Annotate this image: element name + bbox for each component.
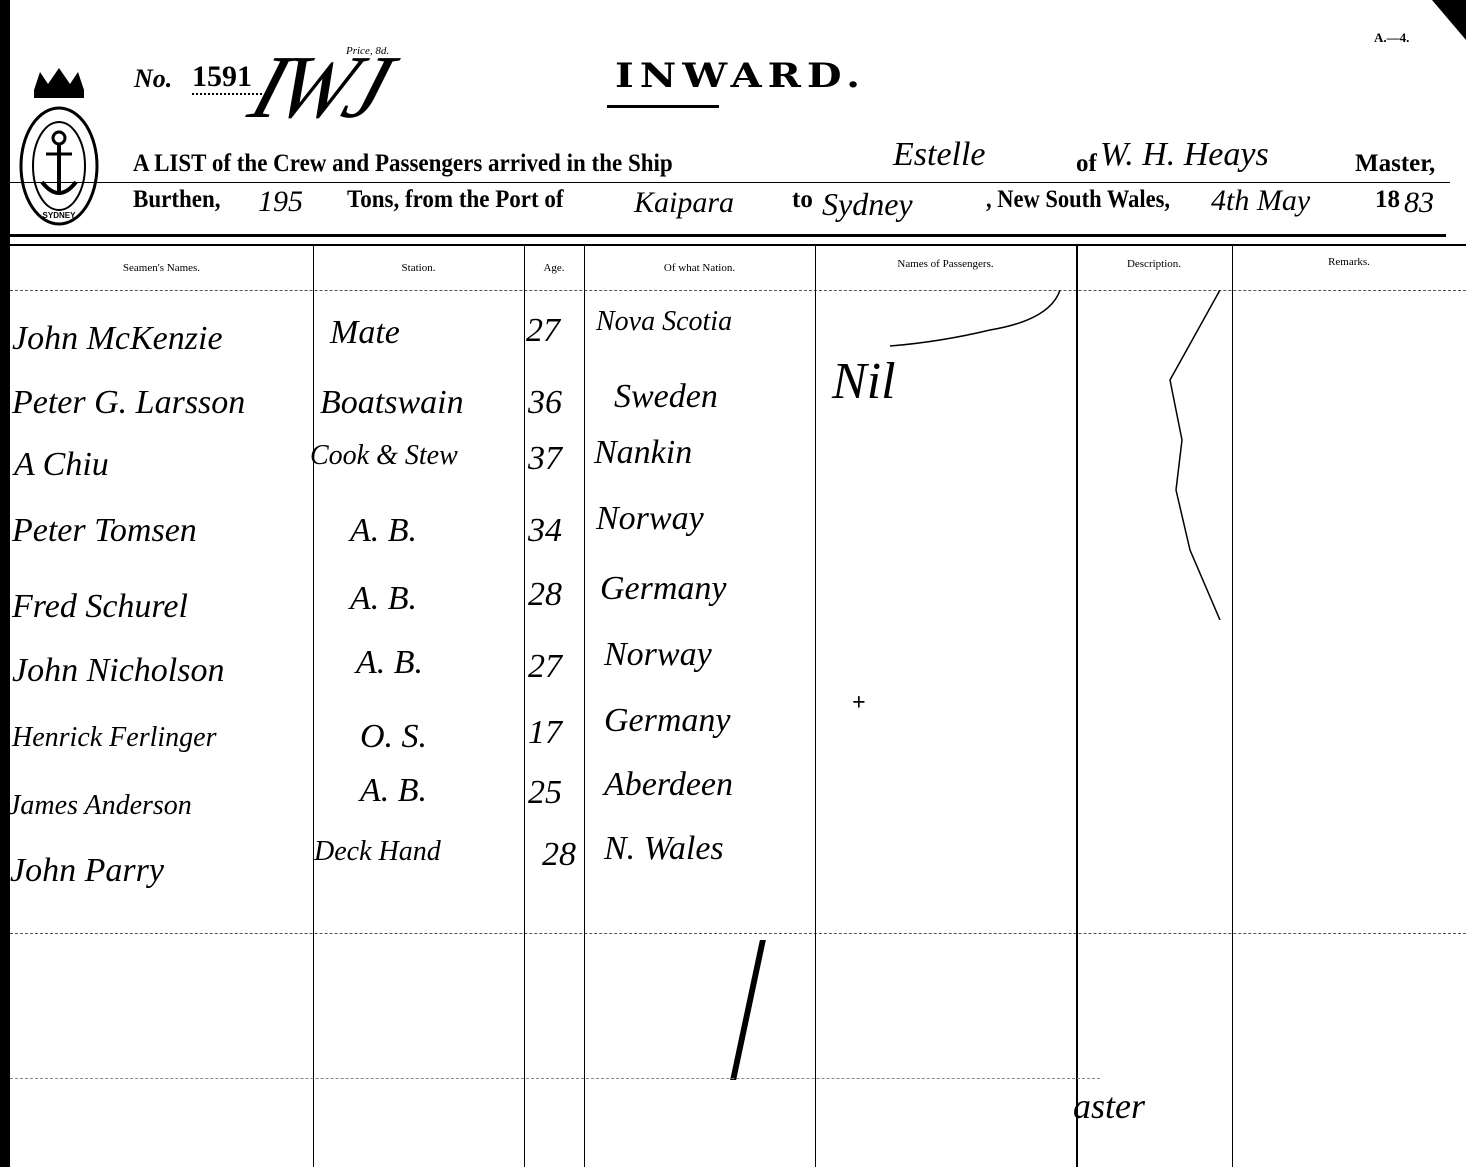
nation: Germany <box>604 702 731 740</box>
svg-text:SYDNEY: SYDNEY <box>43 211 77 220</box>
to-label: to <box>792 186 813 214</box>
pencil-stroke-mark <box>1160 290 1240 620</box>
master-signature-fragment: aster <box>1073 1085 1145 1127</box>
seaman-name: Henrick Ferlinger <box>12 722 217 754</box>
age: 36 <box>528 384 562 422</box>
column-header-age: Age. <box>524 262 584 274</box>
nation: Norway <box>596 500 704 538</box>
plus-mark: + <box>852 690 866 717</box>
nsw-label: , New South Wales, <box>986 186 1170 214</box>
station: A. B. <box>356 644 423 682</box>
number-label: No. <box>134 64 172 94</box>
year-prefix: 18 <box>1375 186 1400 214</box>
ship-name: Estelle <box>893 136 986 174</box>
arrival-date: 4th May <box>1211 184 1310 218</box>
nation: Nova Scotia <box>596 306 732 338</box>
age: 37 <box>528 440 562 478</box>
seaman-name: Fred Schurel <box>12 588 188 626</box>
seaman-name: Peter G. Larsson <box>12 384 245 422</box>
age: 28 <box>542 836 576 874</box>
passenger-ditto-stroke <box>820 290 1070 350</box>
title-underline <box>607 105 719 108</box>
document-number: 1591 <box>192 60 252 94</box>
header-bottom-rule <box>10 234 1446 237</box>
seaman-name: John Nicholson <box>12 652 224 690</box>
table-bottom-rule <box>10 933 1466 934</box>
to-port: Sydney <box>822 186 913 223</box>
seaman-name: John Parry <box>10 852 164 890</box>
passengers-nil-entry: Nil <box>832 352 896 411</box>
station: A. B. <box>360 772 427 810</box>
large-pen-stroke <box>730 940 766 1080</box>
age: 25 <box>528 774 562 812</box>
column-header-description: Description. <box>1076 258 1232 270</box>
seaman-name: Peter Tomsen <box>12 512 197 550</box>
column-header-station: Station. <box>313 262 524 274</box>
nation: Aberdeen <box>604 766 733 804</box>
page-title: INWARD. <box>615 56 866 96</box>
age: 17 <box>528 714 562 752</box>
column-header-remarks: Remarks. <box>1232 256 1466 268</box>
station: A. B. <box>350 512 417 550</box>
tons-value: 195 <box>258 185 303 219</box>
master-name: W. H. Heays <box>1100 136 1269 174</box>
nation: Germany <box>600 570 727 608</box>
scan-left-edge <box>0 0 10 1167</box>
scan-corner <box>1432 0 1466 40</box>
year-suffix: 83 <box>1404 186 1434 220</box>
table-header-rule <box>10 290 1466 291</box>
column-header-nation: Of what Nation. <box>584 262 815 274</box>
line1-rule <box>10 182 1450 183</box>
nation: Nankin <box>594 434 692 472</box>
list-heading-line1: A LIST of the Crew and Passengers arrive… <box>133 150 673 178</box>
station: A. B. <box>350 580 417 618</box>
age: 28 <box>528 576 562 614</box>
station: Boatswain <box>320 384 464 422</box>
age: 34 <box>528 512 562 550</box>
column-divider-passengers <box>815 244 816 1167</box>
column-divider-station <box>313 244 314 1167</box>
nation: N. Wales <box>604 830 724 868</box>
seaman-name: A Chiu <box>14 446 109 484</box>
station: Cook & Stew <box>310 440 458 472</box>
master-label: Master, <box>1355 150 1435 178</box>
signature-line <box>10 1078 1100 1079</box>
anchor-crown-icon: SYDNEY <box>18 66 100 228</box>
seaman-name: James Anderson <box>8 790 192 822</box>
table-top-rule <box>10 244 1466 246</box>
handwritten-flourish: IWJ <box>238 36 398 139</box>
age: 27 <box>526 312 560 350</box>
station: O. S. <box>360 718 427 756</box>
age: 27 <box>528 648 562 686</box>
tons-from-port-label: Tons, from the Port of <box>347 186 564 214</box>
of-label: of <box>1076 150 1097 178</box>
column-header-seamen-names: Seamen's Names. <box>10 262 313 274</box>
column-divider-nation <box>584 244 585 1167</box>
station: Deck Hand <box>314 836 441 868</box>
column-divider-description <box>1076 244 1078 1167</box>
station: Mate <box>330 314 400 352</box>
nation: Norway <box>604 636 712 674</box>
burthen-label: Burthen, <box>133 186 221 214</box>
seaman-name: John McKenzie <box>12 320 223 358</box>
column-divider-age <box>524 244 525 1167</box>
nation: Sweden <box>614 378 718 416</box>
from-port: Kaipara <box>634 186 734 220</box>
column-header-passengers: Names of Passengers. <box>815 258 1076 270</box>
form-code: A.—4. <box>1374 30 1409 46</box>
